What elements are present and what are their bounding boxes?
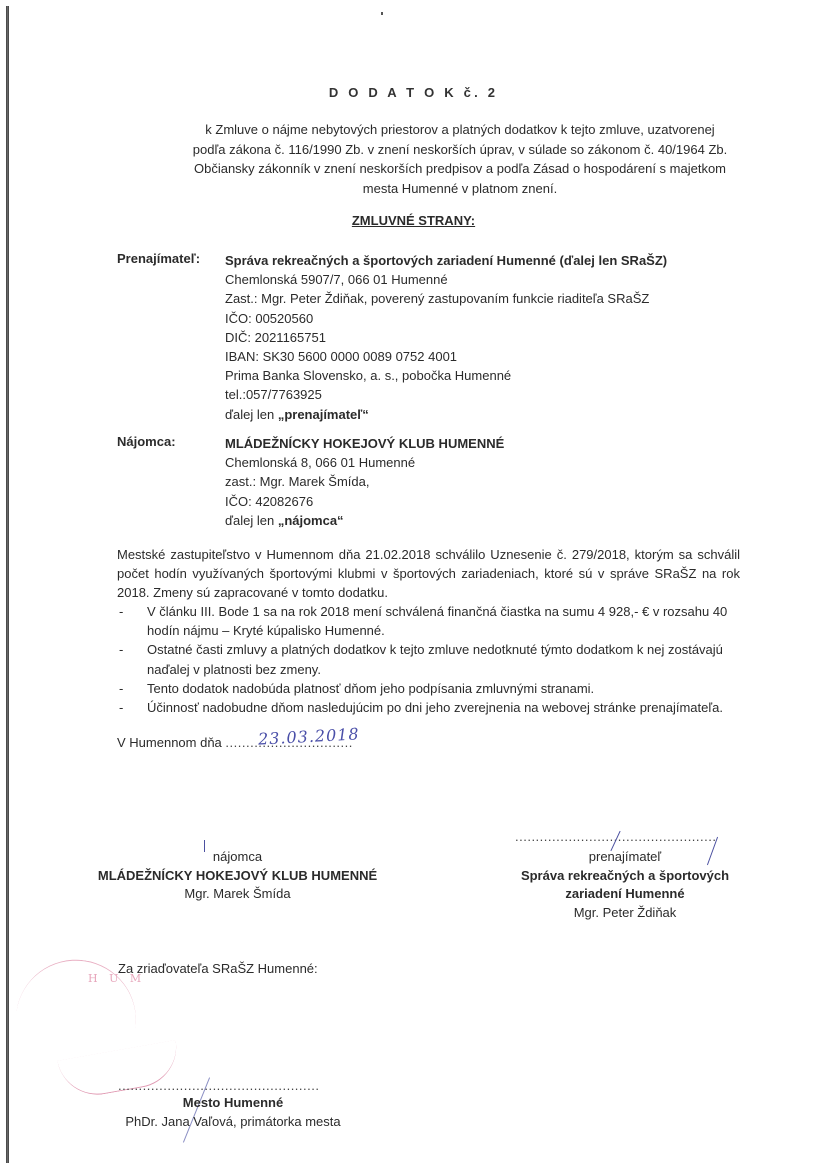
lessee-alias: „nájomca“ — [278, 513, 344, 528]
resolution-paragraph: Mestské zastupiteľstvo v Humennom dňa 21… — [117, 545, 740, 603]
intro-line: mesta Humenné v platnom znení. — [150, 179, 770, 199]
lessor-iban: IBAN: SK30 5600 0000 0089 0752 4001 — [225, 347, 785, 366]
intro-line: podľa zákona č. 116/1990 Zb. v znení nes… — [150, 140, 770, 160]
list-item: -Účinnosť nadobudne dňom nasledujúcim po… — [117, 698, 757, 717]
lessor-label: Prenajímateľ: — [117, 251, 217, 266]
scan-speck — [381, 12, 383, 15]
dash-icon: - — [119, 679, 123, 698]
list-item: -Tento dodatok nadobúda platnosť dňom je… — [117, 679, 757, 698]
lessee-name: MLÁDEŽNÍCKY HOKEJOVÝ KLUB HUMENNÉ — [225, 434, 785, 453]
document-title: D O D A T O K č. 2 — [0, 85, 827, 100]
intro-line: Občiansky zákonník v znení neskorších pr… — [150, 159, 770, 179]
place-date-label: V Humennom dňa — [117, 735, 222, 750]
lessor-phone: tel.:057/7763925 — [225, 385, 785, 404]
lessee-label: Nájomca: — [117, 434, 217, 449]
lessor-alias: „prenajímateľ“ — [278, 407, 369, 422]
mayor-person: PhDr. Jana Vaľová, primátorka mesta — [118, 1113, 348, 1132]
lessee-address: Chemlonská 8, 066 01 Humenné — [225, 453, 785, 472]
lessor-dic: DIČ: 2021165751 — [225, 328, 785, 347]
dash-icon: - — [119, 602, 123, 621]
alias-prefix: ďalej len — [225, 407, 278, 422]
lessor-alias-line: ďalej len „prenajímateľ“ — [225, 405, 785, 424]
list-item: -V článku III. Bode 1 sa na rok 2018 men… — [117, 602, 757, 640]
lessor-signature-block: prenajímateľ Správa rekreačných a športo… — [505, 848, 745, 922]
lessee-representative: zast.: Mgr. Marek Šmída, — [225, 472, 785, 491]
lessor-bank: Prima Banka Slovensko, a. s., pobočka Hu… — [225, 366, 785, 385]
dash-icon: - — [119, 698, 123, 717]
intro-paragraph: k Zmluve o nájme nebytových priestorov a… — [150, 120, 770, 198]
lessee-alias-line: ďalej len „nájomca“ — [225, 511, 785, 530]
lessor-ico: IČO: 00520560 — [225, 309, 785, 328]
list-item: -Ostatné časti zmluvy a platných dodatko… — [117, 640, 757, 678]
lessor-role: prenajímateľ — [505, 848, 745, 867]
founder-label: Za zriaďovateľa SRaŠZ Humenné: — [118, 961, 318, 976]
lessor-person: Mgr. Peter Ždiňak — [505, 904, 745, 923]
lessor-org-line2: zariadení Humenné — [505, 885, 745, 904]
scan-border — [6, 6, 9, 1163]
lessor-address: Chemlonská 5907/7, 066 01 Humenné — [225, 270, 785, 289]
mayor-org: Mesto Humenné — [118, 1094, 348, 1113]
lessee-person: Mgr. Marek Šmída — [95, 885, 380, 904]
lessee-ico: IČO: 42082676 — [225, 492, 785, 511]
mayor-signature-block: Mesto Humenné PhDr. Jana Vaľová, primáto… — [118, 1094, 348, 1131]
lessor-name: Správa rekreačných a športových zariaden… — [225, 251, 785, 270]
alias-prefix: ďalej len — [225, 513, 278, 528]
lessee-signature-block: nájomca MLÁDEŽNÍCKY HOKEJOVÝ KLUB HUMENN… — [95, 848, 380, 904]
dash-icon: - — [119, 640, 123, 659]
intro-line: k Zmluve o nájme nebytových priestorov a… — [150, 120, 770, 140]
parties-heading: ZMLUVNÉ STRANY: — [0, 213, 827, 228]
lessor-representative: Zast.: Mgr. Peter Ždiňak, poverený zastu… — [225, 289, 785, 308]
amendment-list: -V článku III. Bode 1 sa na rok 2018 men… — [117, 602, 757, 717]
mayor-signature-dots: ........................................… — [118, 1078, 319, 1093]
lessee-org: MLÁDEŽNÍCKY HOKEJOVÝ KLUB HUMENNÉ — [95, 867, 380, 886]
lessee-role: nájomca — [95, 848, 380, 867]
lessor-org-line1: Správa rekreačných a športových — [505, 867, 745, 886]
